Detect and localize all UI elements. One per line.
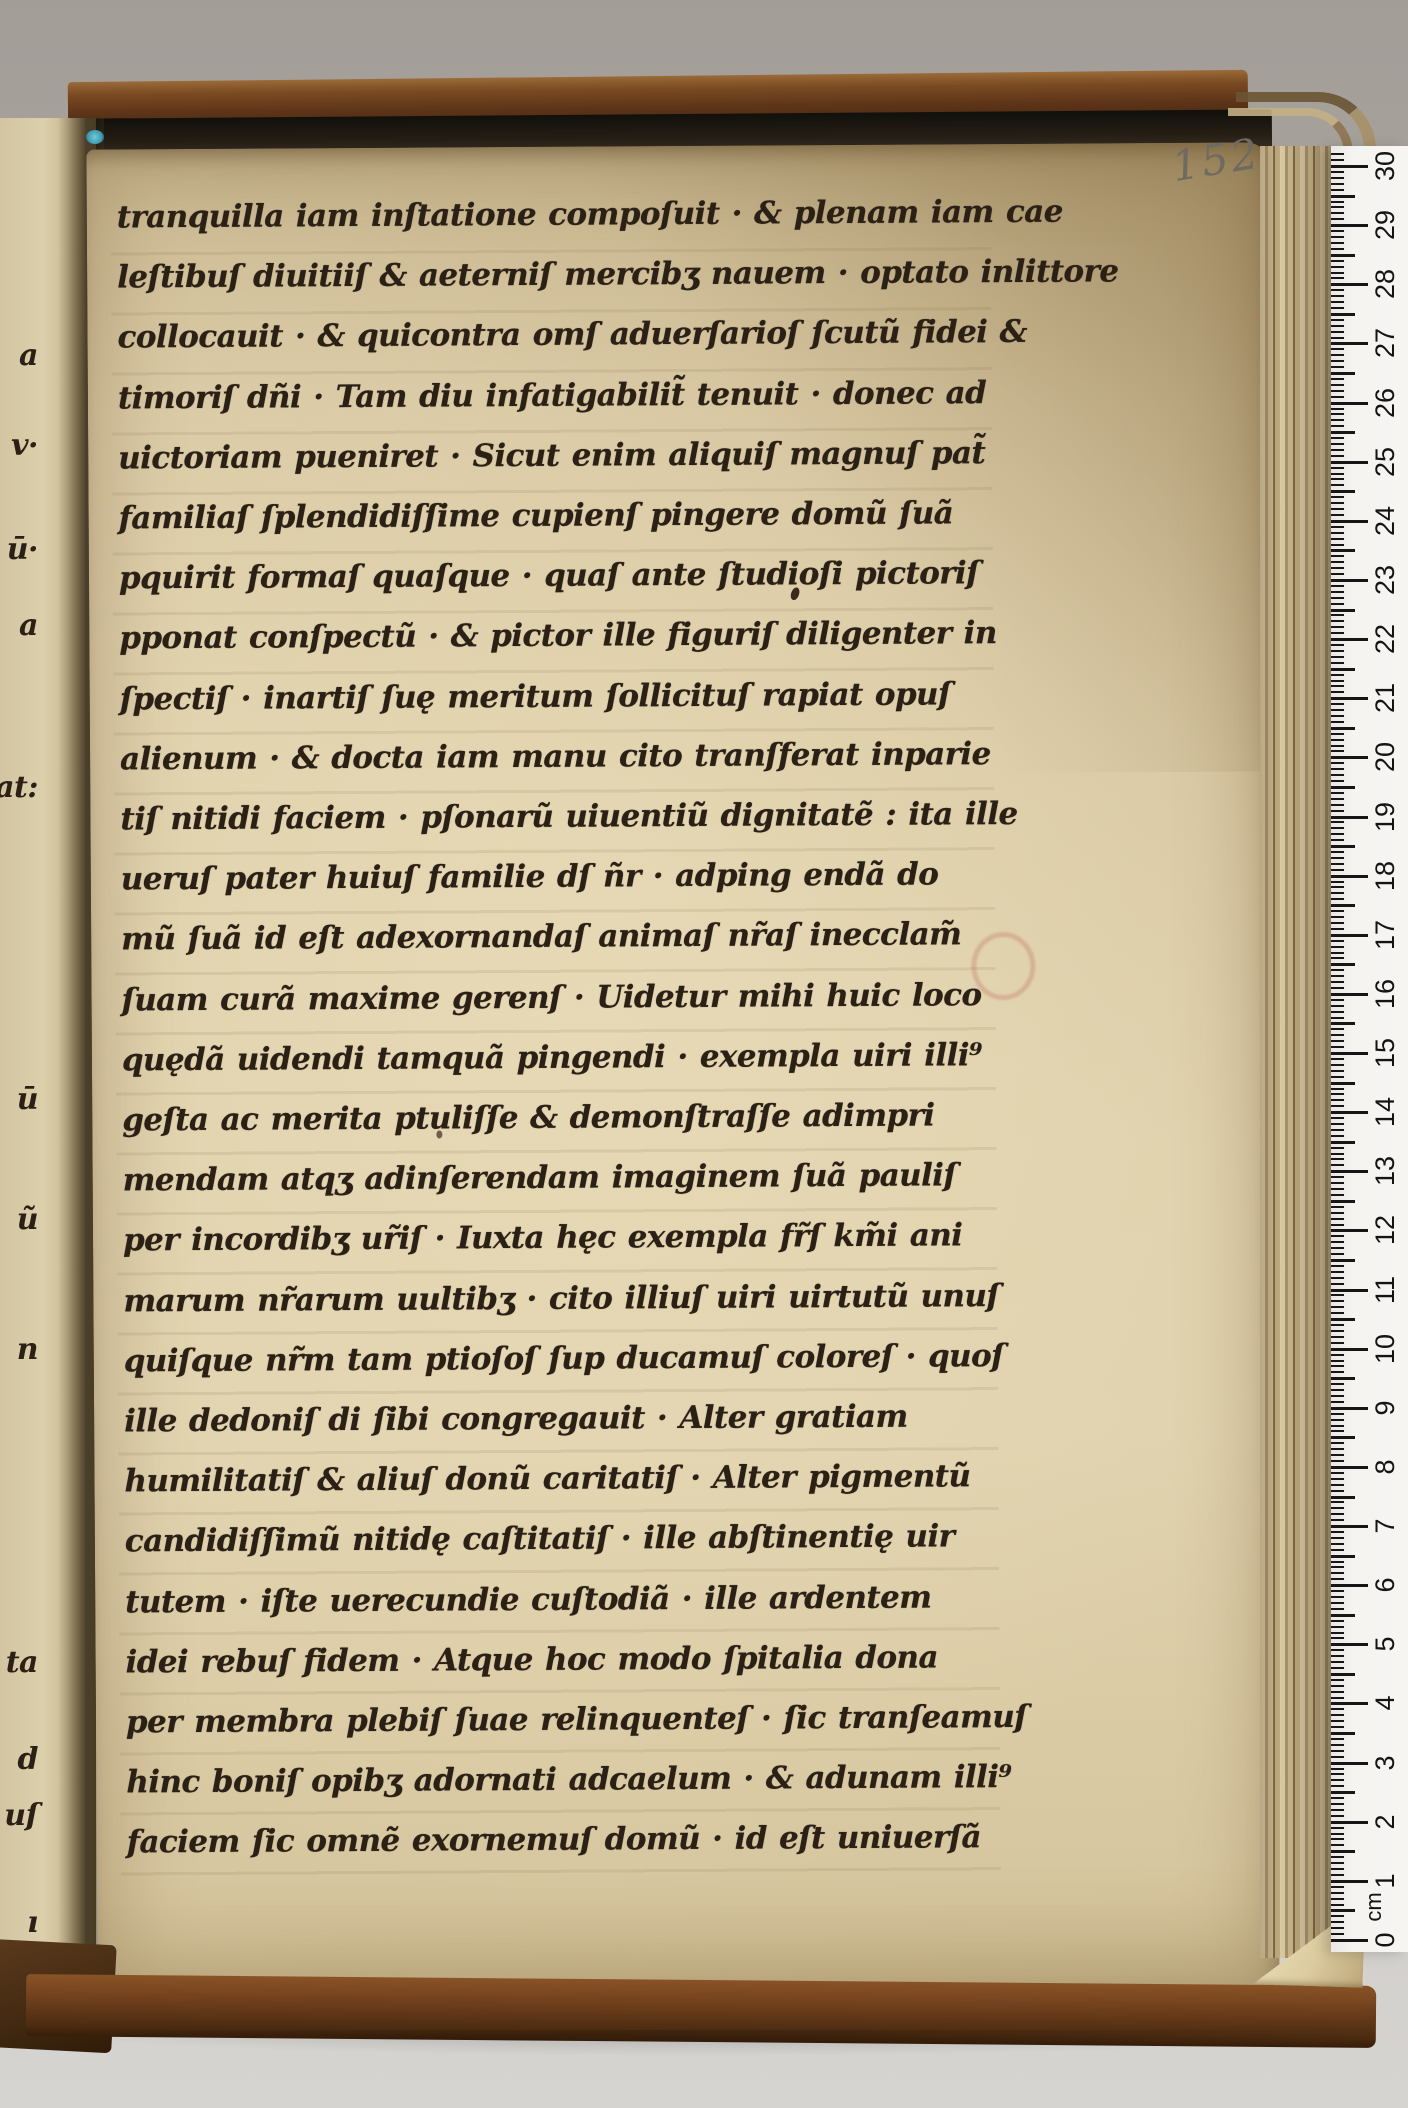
ruler-mm-tick	[1331, 1283, 1344, 1285]
text-line-11: tiſ nitidi faciem · pſonarũ uiuentiũ dig…	[120, 796, 1017, 861]
ruler-mm-tick	[1331, 1241, 1344, 1243]
ruler-cm-tick	[1331, 1229, 1368, 1232]
ruler-mm-tick	[1331, 1265, 1344, 1267]
ruler-mm-tick	[1331, 1040, 1344, 1042]
ruler-mm-tick	[1331, 1306, 1344, 1308]
ruler-mm-tick	[1331, 490, 1355, 493]
facing-page-fragment: v·	[0, 428, 38, 463]
ruler-cm-tick	[1331, 520, 1368, 523]
ruler-number-10: 10	[1370, 1328, 1400, 1370]
ruler-cm-tick	[1331, 461, 1368, 464]
ruler-mm-tick	[1331, 1566, 1344, 1568]
text-line-24: tutem · iſte uerecundie cuſtodiã · ille …	[125, 1579, 932, 1644]
ruler-mm-tick	[1331, 609, 1355, 612]
ruler-mm-tick	[1331, 656, 1344, 658]
ruler-mm-tick	[1331, 1904, 1344, 1906]
ruler-mm-tick	[1331, 277, 1344, 279]
ruler-mm-tick	[1331, 1797, 1344, 1799]
ruler-cm-tick	[1331, 697, 1368, 700]
ruler-mm-tick	[1331, 940, 1344, 942]
ruler-mm-tick	[1331, 774, 1344, 776]
ruler-mm-tick	[1331, 289, 1344, 291]
ruler-mm-tick	[1331, 798, 1344, 800]
ruler-mm-tick	[1331, 975, 1344, 977]
ruler-mm-tick	[1331, 366, 1344, 368]
ruler-mm-tick	[1331, 1235, 1344, 1237]
ruler-cm-tick	[1331, 1348, 1368, 1351]
ruler-number-7: 7	[1370, 1505, 1400, 1547]
ink-speck	[436, 1130, 442, 1138]
ruler-mm-tick	[1331, 1909, 1355, 1912]
ruler-mm-tick	[1331, 1182, 1344, 1184]
ruler-mm-tick	[1331, 1578, 1344, 1580]
ruler-mm-tick	[1331, 810, 1344, 812]
text-line-20: quiſque nr̃m tam ptioſoſ ſup ducamuſ col…	[124, 1338, 1004, 1403]
ruler-mm-tick	[1331, 626, 1344, 628]
ruler-mm-tick	[1331, 1088, 1344, 1090]
ruler-mm-tick	[1331, 987, 1344, 989]
ruler-mm-tick	[1331, 295, 1344, 297]
facing-page-fragment: uſ	[0, 1798, 38, 1833]
ruler-mm-tick	[1331, 1756, 1344, 1758]
ruler-mm-tick	[1331, 1076, 1344, 1078]
ruler-mm-tick	[1331, 1011, 1344, 1013]
ruler-mm-tick	[1331, 1490, 1344, 1492]
ruler-mm-tick	[1331, 1401, 1344, 1403]
ruler-mm-tick	[1331, 408, 1344, 410]
ruler-mm-tick	[1331, 928, 1344, 930]
ruler-mm-tick	[1331, 431, 1355, 434]
ruler-cm-tick	[1331, 1880, 1368, 1883]
ruler-mm-tick	[1331, 827, 1344, 829]
text-line-19: marum nr̃arum uultibʒ · cito illiuſ uiri…	[123, 1278, 999, 1343]
ruler-mm-tick	[1331, 1868, 1344, 1870]
ruler-mm-tick	[1331, 1129, 1344, 1131]
ruler-mm-tick	[1331, 632, 1344, 634]
ruler-mm-tick	[1331, 153, 1344, 155]
ruler-mm-tick	[1331, 591, 1344, 593]
measuring-ruler: 0123456789101112131415161718192021222324…	[1331, 146, 1408, 1952]
ruler-cm-tick	[1331, 1466, 1368, 1469]
ruler-mm-tick	[1331, 1336, 1344, 1338]
ruler-mm-tick	[1331, 1927, 1344, 1929]
ruler-mm-tick	[1331, 768, 1344, 770]
ruler-mm-tick	[1331, 1419, 1344, 1421]
ruler-number-18: 18	[1370, 855, 1400, 897]
ruler-mm-tick	[1331, 1537, 1344, 1539]
ruler-mm-tick	[1331, 1791, 1355, 1794]
ruler-mm-tick	[1331, 1082, 1355, 1085]
ruler-mm-tick	[1331, 1815, 1344, 1817]
ruler-cm-tick	[1331, 1643, 1368, 1646]
text-line-25: idei rebuſ fidem · Atque hoc modo ſpital…	[125, 1639, 938, 1704]
ruler-number-8: 8	[1370, 1446, 1400, 1488]
ruler-mm-tick	[1331, 514, 1344, 516]
ruler-mm-tick	[1331, 1454, 1344, 1456]
ruler-mm-tick	[1331, 1602, 1344, 1604]
ruler-cm-tick	[1331, 342, 1368, 345]
ruler-mm-tick	[1331, 881, 1344, 883]
text-line-9: ſpectiſ · inartiſ ſuę meritum ſollicituſ…	[120, 676, 951, 741]
ruler-mm-tick	[1331, 662, 1344, 664]
ruler-mm-tick	[1331, 1472, 1344, 1474]
ruler-mm-tick	[1331, 898, 1344, 900]
ruler-mm-tick	[1331, 1070, 1344, 1072]
ruler-mm-tick	[1331, 969, 1344, 971]
ruler-mm-tick	[1331, 532, 1344, 534]
ruler-mm-tick	[1331, 1596, 1344, 1598]
ruler-mm-tick	[1331, 212, 1344, 214]
ruler-mm-tick	[1331, 544, 1344, 546]
ruler-mm-tick	[1331, 821, 1344, 823]
ruler-mm-tick	[1331, 248, 1344, 250]
ruler-number-24: 24	[1370, 500, 1400, 542]
ruler-mm-tick	[1331, 886, 1344, 888]
ruler-mm-tick	[1331, 1649, 1344, 1651]
ruler-mm-tick	[1331, 1277, 1344, 1279]
ruler-cm-tick	[1331, 165, 1368, 168]
text-line-15: quędã uidendi tamquã pingendi · exempla …	[122, 1037, 982, 1102]
ruler-mm-tick	[1331, 1135, 1344, 1137]
manuscript-page: 152 tranquilla iam inſtatione compoſuit …	[86, 142, 1279, 1999]
facing-page-fragment: ta	[0, 1645, 38, 1680]
ruler-mm-tick	[1331, 319, 1344, 321]
ruler-mm-tick	[1331, 1484, 1344, 1486]
ruler-mm-tick	[1331, 1389, 1344, 1391]
ruler-mm-tick	[1331, 449, 1344, 451]
ruler-mm-tick	[1331, 1673, 1355, 1676]
ruler-cm-tick	[1331, 1407, 1368, 1410]
ruler-mm-tick	[1331, 1543, 1344, 1545]
ruler-mm-tick	[1331, 1312, 1344, 1314]
ruler-mm-tick	[1331, 1318, 1355, 1321]
ruler-mm-tick	[1331, 1637, 1344, 1639]
ruler-number-11: 11	[1370, 1269, 1400, 1311]
ruler-mm-tick	[1331, 1034, 1344, 1036]
ruler-mm-tick	[1331, 260, 1344, 262]
ruler-mm-tick	[1331, 603, 1344, 605]
ruler-mm-tick	[1331, 750, 1344, 752]
ruler-mm-tick	[1331, 727, 1355, 730]
ruler-mm-tick	[1331, 218, 1344, 220]
ruler-mm-tick	[1331, 1064, 1344, 1066]
ruler-mm-tick	[1331, 348, 1344, 350]
ruler-mm-tick	[1331, 1531, 1344, 1533]
text-line-6: familiaſ ſplendidiſſime cupienſ pingere …	[119, 495, 954, 560]
ruler-mm-tick	[1331, 1342, 1344, 1344]
ruler-mm-tick	[1331, 478, 1344, 480]
ruler-mm-tick	[1331, 1413, 1344, 1415]
ruler-mm-tick	[1331, 916, 1344, 918]
ruler-mm-tick	[1331, 354, 1344, 356]
ruler-mm-tick	[1331, 1501, 1344, 1503]
text-line-4: timoriſ dñi · Tam diu infatigabilit̃ ten…	[118, 375, 987, 440]
ruler-mm-tick	[1331, 1850, 1355, 1853]
ruler-mm-tick	[1331, 567, 1344, 569]
ruler-mm-tick	[1331, 680, 1344, 682]
ruler-mm-tick	[1331, 1691, 1344, 1693]
ruler-number-6: 6	[1370, 1564, 1400, 1606]
ruler-mm-tick	[1331, 703, 1344, 705]
ruler-number-9: 9	[1370, 1387, 1400, 1429]
ruler-mm-tick	[1331, 573, 1344, 575]
ruler-mm-tick	[1331, 691, 1344, 693]
text-line-16: geſta ac merita ptuliſſe & demonſtraſſe …	[122, 1097, 935, 1162]
ruler-mm-tick	[1331, 1377, 1355, 1380]
ruler-mm-tick	[1331, 1005, 1344, 1007]
ruler-mm-tick	[1331, 869, 1344, 871]
ruler-mm-tick	[1331, 1655, 1344, 1657]
ruler-mm-tick	[1331, 614, 1344, 616]
ruler-mm-tick	[1331, 242, 1344, 244]
ruler-cm-tick	[1331, 1052, 1368, 1055]
text-line-7: pquirit formaſ quaſque · quaſ ante ſtudi…	[119, 555, 979, 620]
ruler-mm-tick	[1331, 1620, 1344, 1622]
ruler-mm-tick	[1331, 1360, 1344, 1362]
ruler-mm-tick	[1331, 1259, 1355, 1262]
ruler-mm-tick	[1331, 1365, 1344, 1367]
ruler-mm-tick	[1331, 331, 1344, 333]
text-line-17: mendam atqʒ adinſerendam imaginem ſuã pa…	[123, 1158, 957, 1223]
ruler-mm-tick	[1331, 1200, 1355, 1203]
ruler-mm-tick	[1331, 1176, 1344, 1178]
ruler-mm-tick	[1331, 1862, 1344, 1864]
ruler-mm-tick	[1331, 1773, 1344, 1775]
ruler-mm-tick	[1331, 502, 1344, 504]
ruler-mm-tick	[1331, 1726, 1344, 1728]
ruler-mm-tick	[1331, 1844, 1344, 1846]
bookmark-thread	[86, 130, 104, 144]
ruler-mm-tick	[1331, 1785, 1344, 1787]
ruler-mm-tick	[1331, 1714, 1344, 1716]
ruler-mm-tick	[1331, 1212, 1344, 1214]
ruler-mm-tick	[1331, 183, 1344, 185]
ruler-mm-tick	[1331, 650, 1344, 652]
ruler-mm-tick	[1331, 1768, 1344, 1770]
ruler-mm-tick	[1331, 1247, 1344, 1249]
ruler-mm-tick	[1331, 1921, 1344, 1923]
ruler-mm-tick	[1331, 863, 1344, 865]
ruler-mm-tick	[1331, 1827, 1344, 1829]
ruler-mm-tick	[1331, 1614, 1355, 1617]
ruler-mm-tick	[1331, 1667, 1344, 1669]
ruler-cm-tick	[1331, 1821, 1368, 1824]
text-line-13: mũ ſuã id eſt adexornandaſ animaſ nr̃aſ …	[121, 917, 961, 982]
ruler-mm-tick	[1331, 325, 1344, 327]
ruler-mm-tick	[1331, 922, 1344, 924]
ruler-mm-tick	[1331, 1017, 1344, 1019]
ruler-cm-tick	[1331, 1289, 1368, 1292]
ruler-mm-tick	[1331, 206, 1344, 208]
ruler-mm-tick	[1331, 1513, 1344, 1515]
ruler-cm-tick	[1331, 1702, 1368, 1705]
ruler-mm-tick	[1331, 1206, 1344, 1208]
ruler-mm-tick	[1331, 1330, 1344, 1332]
ruler-mm-tick	[1331, 999, 1344, 1001]
ruler-mm-tick	[1331, 1253, 1344, 1255]
ruler-number-22: 22	[1370, 618, 1400, 660]
ruler-mm-tick	[1331, 715, 1344, 717]
ruler-number-4: 4	[1370, 1682, 1400, 1724]
facing-page-fragment: ū·	[0, 532, 38, 567]
ruler-mm-tick	[1331, 1915, 1344, 1917]
ruler-cm-tick	[1331, 1762, 1368, 1765]
ruler-mm-tick	[1331, 1590, 1344, 1592]
ruler-mm-tick	[1331, 171, 1344, 173]
ruler-mm-tick	[1331, 1194, 1344, 1196]
ruler-mm-tick	[1331, 1608, 1344, 1610]
ruler-mm-tick	[1331, 1874, 1344, 1876]
ruler-number-19: 19	[1370, 796, 1400, 838]
ruler-mm-tick	[1331, 946, 1344, 948]
ruler-mm-tick	[1331, 1833, 1344, 1835]
ruler-mm-tick	[1331, 1300, 1344, 1302]
ruler-mm-tick	[1331, 857, 1344, 859]
ruler-mm-tick	[1331, 1383, 1344, 1385]
ruler-number-26: 26	[1370, 382, 1400, 424]
red-ink-mark	[971, 932, 1035, 1000]
ruler-mm-tick	[1331, 1507, 1344, 1509]
ruler-mm-tick	[1331, 745, 1344, 747]
text-line-2: leſtibuſ diuitiiſ & aeterniſ mercibʒ nau…	[117, 254, 1119, 320]
ruler-unit-label: cm	[1361, 1886, 1387, 1928]
ruler-mm-tick	[1331, 230, 1344, 232]
ruler-mm-tick	[1331, 792, 1344, 794]
text-line-22: humilitatiſ & aliuſ donũ caritatiſ · Alt…	[124, 1458, 970, 1523]
book-shadow	[30, 2030, 1360, 2056]
ruler-cm-tick	[1331, 1525, 1368, 1528]
ruler-mm-tick	[1331, 1838, 1344, 1840]
ruler-mm-tick	[1331, 1478, 1344, 1480]
text-line-5: uictoriam pueniret · Sicut enim aliquiſ …	[118, 435, 985, 500]
ruler-mm-tick	[1331, 1442, 1344, 1444]
facing-page-fragment: eat:	[0, 770, 38, 805]
ruler-mm-tick	[1331, 1679, 1344, 1681]
ruler-mm-tick	[1331, 786, 1355, 789]
ruler-mm-tick	[1331, 1803, 1344, 1805]
ruler-mm-tick	[1331, 266, 1344, 268]
ruler-mm-tick	[1331, 473, 1344, 475]
ruler-mm-tick	[1331, 443, 1344, 445]
ruler-mm-tick	[1331, 1395, 1344, 1397]
ruler-mm-tick	[1331, 1153, 1344, 1155]
ruler-mm-tick	[1331, 555, 1344, 557]
ruler-number-27: 27	[1370, 322, 1400, 364]
ruler-mm-tick	[1331, 313, 1355, 316]
ruler-mm-tick	[1331, 1158, 1344, 1160]
ruler-cm-tick	[1331, 816, 1368, 819]
ruler-cm-tick	[1331, 993, 1368, 996]
ruler-mm-tick	[1331, 762, 1344, 764]
ruler-number-30: 30	[1370, 145, 1400, 187]
ruler-mm-tick	[1331, 597, 1344, 599]
ruler-mm-tick	[1331, 1022, 1355, 1025]
facing-page-fragment: ı	[0, 1905, 38, 1940]
ruler-mm-tick	[1331, 1164, 1344, 1166]
ruler-mm-tick	[1331, 372, 1355, 375]
ruler-mm-tick	[1331, 1117, 1344, 1119]
ruler-mm-tick	[1331, 839, 1344, 841]
facing-page-fragment: a	[0, 338, 38, 373]
ruler-mm-tick	[1331, 957, 1344, 959]
ruler-mm-tick	[1331, 508, 1344, 510]
facing-page-fragment: ũ	[0, 1202, 38, 1237]
ruler-mm-tick	[1331, 1632, 1344, 1634]
facing-page-fragment: ū	[0, 1082, 38, 1117]
ruler-mm-tick	[1331, 963, 1355, 966]
facing-page-fragment: d	[0, 1742, 38, 1777]
ruler-mm-tick	[1331, 455, 1344, 457]
ruler-mm-tick	[1331, 496, 1344, 498]
ruler-cm-tick	[1331, 579, 1368, 582]
ruler-mm-tick	[1331, 526, 1344, 528]
text-line-1: tranquilla iam inſtatione compoſuit · & …	[117, 194, 1063, 260]
ruler-mm-tick	[1331, 419, 1344, 421]
ruler-mm-tick	[1331, 484, 1344, 486]
ruler-mm-tick	[1331, 254, 1355, 257]
ruler-mm-tick	[1331, 1708, 1344, 1710]
ruler-mm-tick	[1331, 425, 1344, 427]
ruler-mm-tick	[1331, 644, 1344, 646]
ruler-number-13: 13	[1370, 1150, 1400, 1192]
ruler-mm-tick	[1331, 538, 1344, 540]
ruler-mm-tick	[1331, 561, 1344, 563]
ruler-cm-tick	[1331, 1939, 1368, 1942]
ruler-number-25: 25	[1370, 441, 1400, 483]
ruler-mm-tick	[1331, 721, 1344, 723]
ruler-mm-tick	[1331, 189, 1344, 191]
text-line-14: ſuam curã maxime gerenſ · Uidetur mihi h…	[121, 977, 981, 1042]
ruler-cm-tick	[1331, 1111, 1368, 1114]
ruler-mm-tick	[1331, 833, 1344, 835]
ruler-number-12: 12	[1370, 1209, 1400, 1251]
ruler-mm-tick	[1331, 1224, 1344, 1226]
ruler-mm-tick	[1331, 195, 1355, 198]
photo-stage: av·ū·aeat:ūũntaduſı 152 tranquilla iam i…	[0, 0, 1408, 2108]
ruler-mm-tick	[1331, 437, 1344, 439]
ruler-mm-tick	[1331, 1886, 1344, 1888]
ruler-mm-tick	[1331, 378, 1344, 380]
ruler-mm-tick	[1331, 1661, 1344, 1663]
ruler-mm-tick	[1331, 1147, 1344, 1149]
text-line-10: alienum · & docta iam manu cito tranſfer…	[120, 736, 991, 801]
ruler-mm-tick	[1331, 1188, 1344, 1190]
ruler-mm-tick	[1331, 390, 1344, 392]
ruler-mm-tick	[1331, 1697, 1344, 1699]
text-line-18: per incordibʒ ur̃iſ · Iuxta hęc exempla …	[123, 1218, 963, 1283]
ruler-mm-tick	[1331, 549, 1355, 552]
ruler-mm-tick	[1331, 620, 1344, 622]
ruler-mm-tick	[1331, 177, 1344, 179]
ruler-mm-tick	[1331, 301, 1344, 303]
ruler-number-15: 15	[1370, 1032, 1400, 1074]
ruler-mm-tick	[1331, 1046, 1344, 1048]
ruler-mm-tick	[1331, 307, 1344, 309]
ruler-mm-tick	[1331, 1093, 1344, 1095]
text-line-8: pponat conſpectũ · & pictor ille figuriſ…	[119, 615, 997, 680]
ruler-mm-tick	[1331, 733, 1344, 735]
ruler-mm-tick	[1331, 1058, 1344, 1060]
ruler-mm-tick	[1331, 1779, 1344, 1781]
ruler-mm-tick	[1331, 1354, 1344, 1356]
text-block: tranquilla iam inſtatione compoſuit · & …	[87, 192, 1280, 1959]
ruler-mm-tick	[1331, 1460, 1344, 1462]
ruler-mm-tick	[1331, 668, 1355, 671]
text-line-27: hinc boniſ opibʒ adornati adcaelum · & a…	[126, 1759, 1011, 1824]
ruler-cm-tick	[1331, 1584, 1368, 1587]
ruler-mm-tick	[1331, 674, 1344, 676]
ruler-mm-tick	[1331, 1141, 1355, 1144]
